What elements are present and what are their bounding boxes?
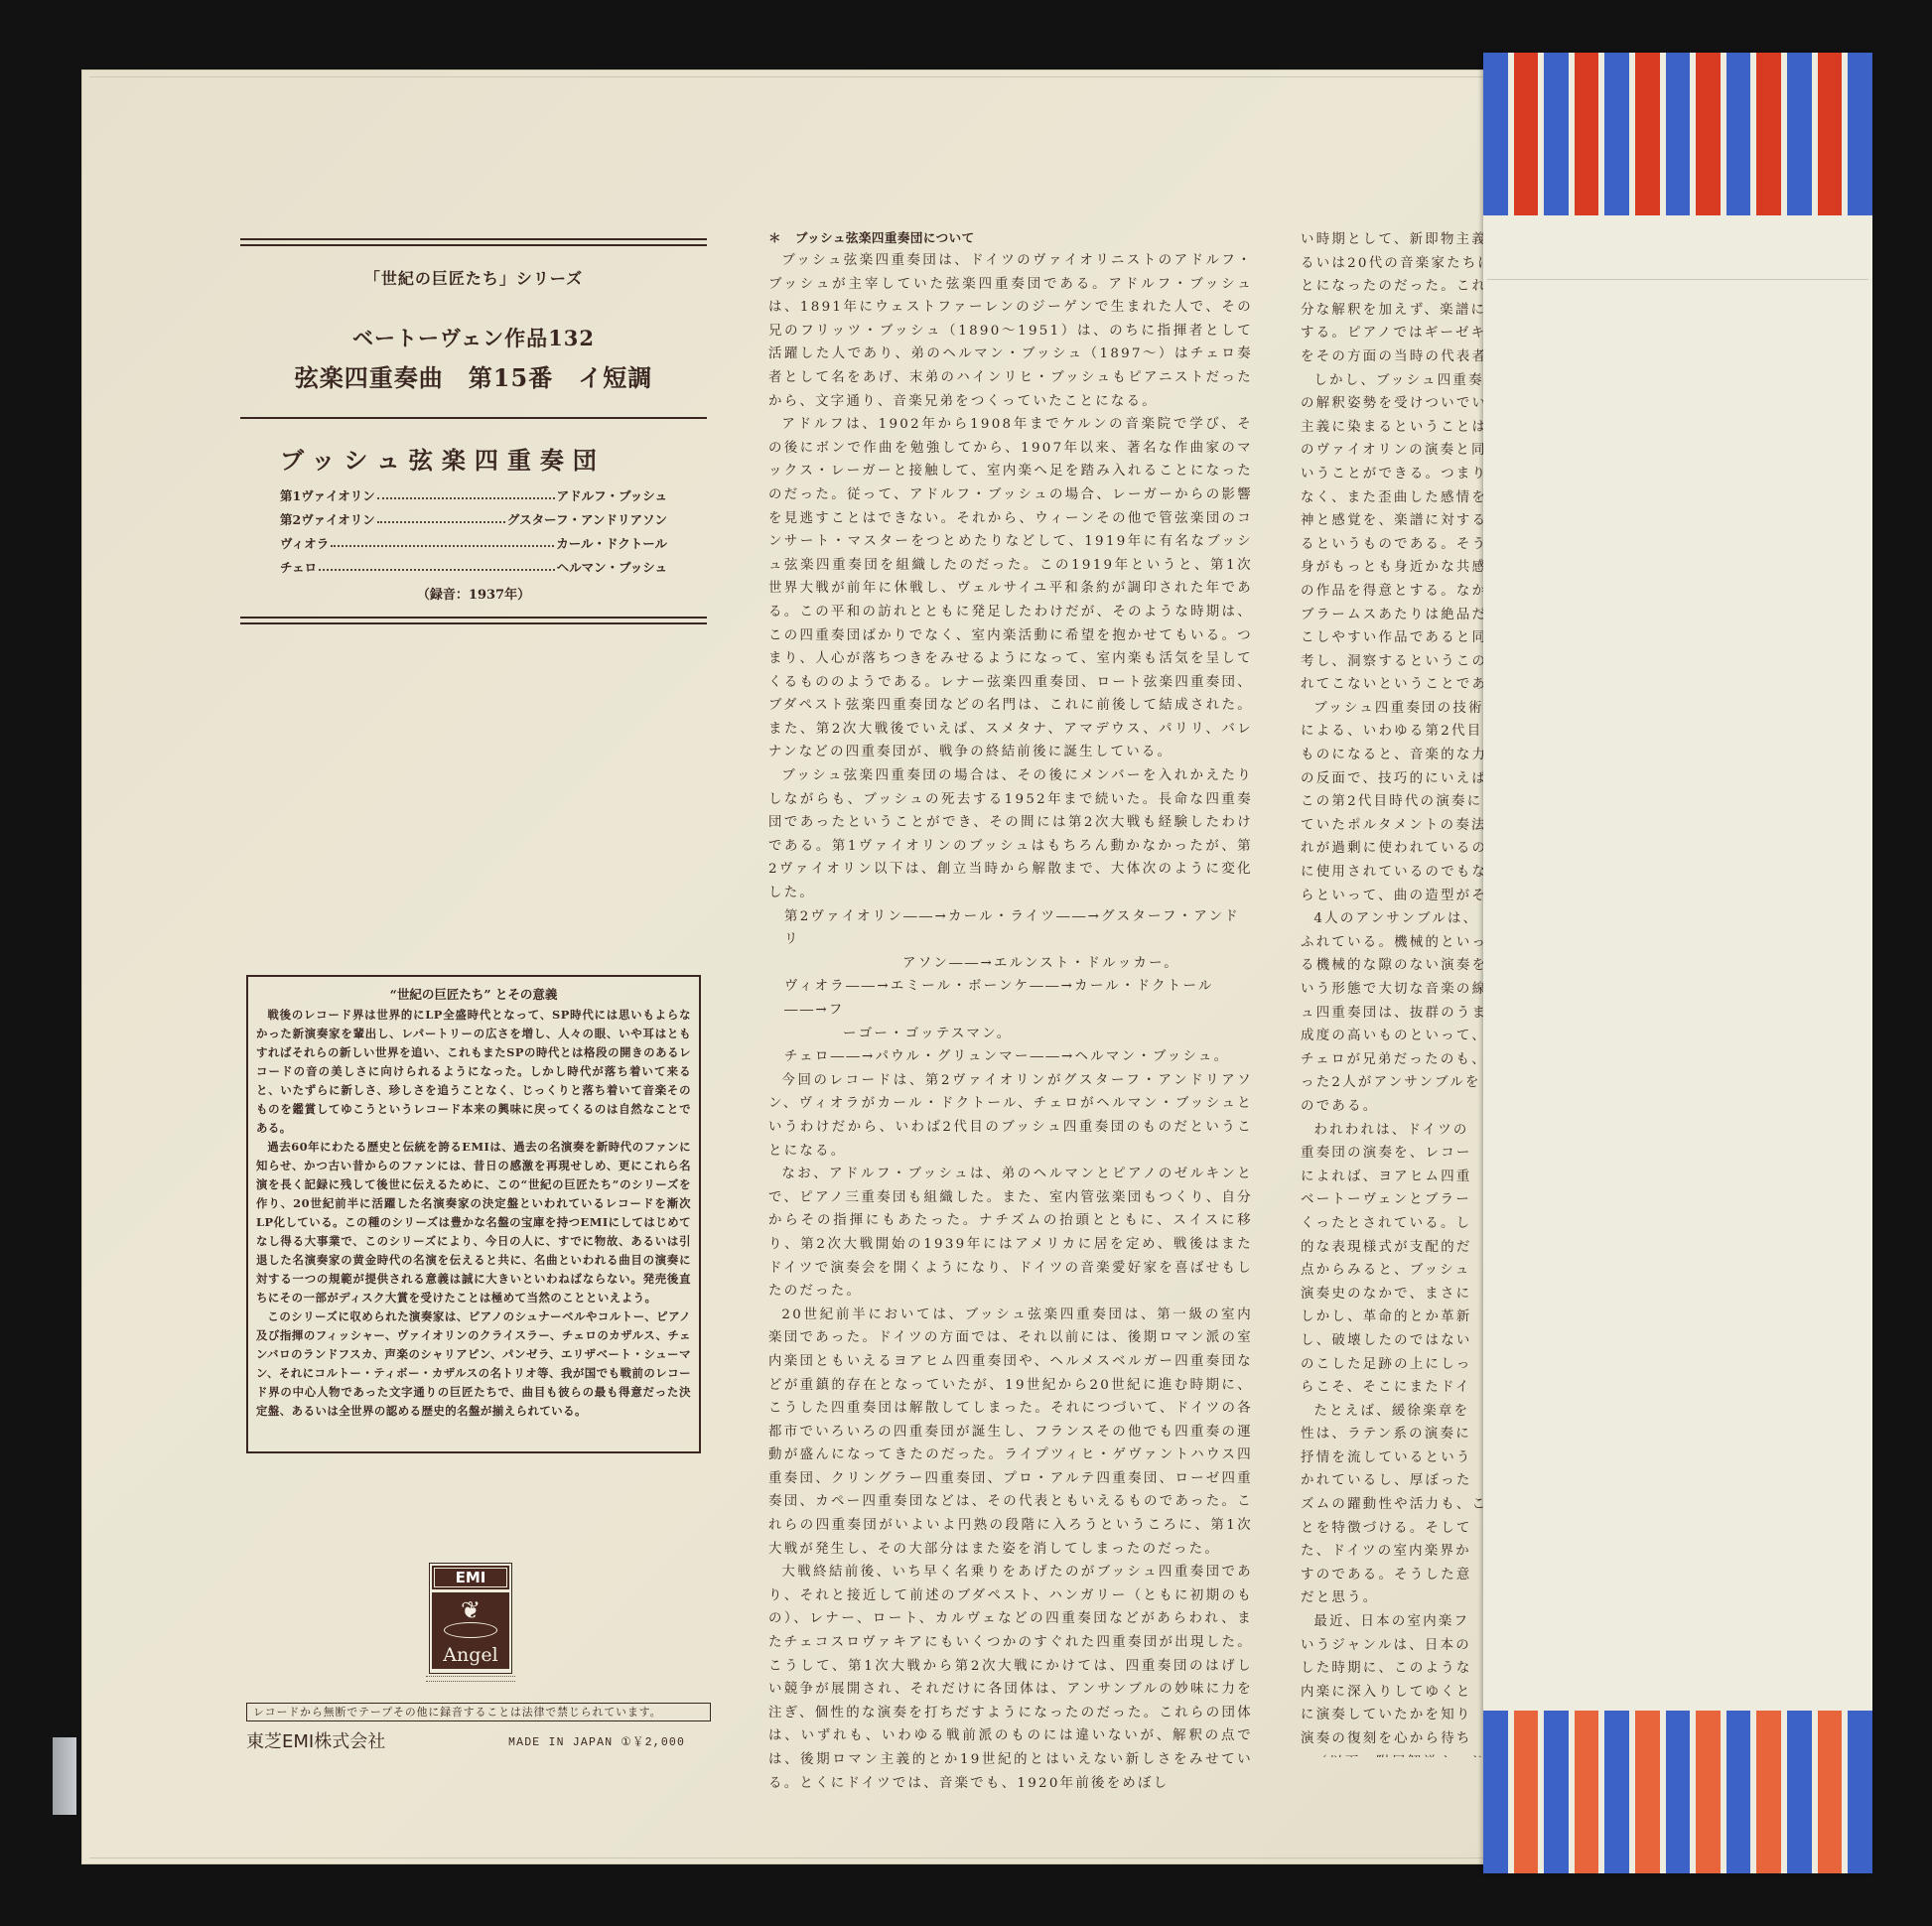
red-stripe bbox=[1514, 1711, 1539, 1873]
dot-leader bbox=[331, 535, 554, 547]
member-row: チェロヘルマン・ブッシュ bbox=[280, 559, 667, 576]
essay-paragraph: ブッシュ弦楽四重奏団の場合は、その後にメンバーを入れかえたりしながらも、ブッシュ… bbox=[768, 764, 1253, 905]
recording-year: （録音：1937年） bbox=[240, 584, 707, 603]
angel-wordmark: Angel bbox=[432, 1644, 509, 1666]
obi-strip bbox=[1483, 53, 1872, 1873]
company-name: 東芝EMI株式会社 bbox=[246, 1727, 385, 1753]
trademark-fine-print bbox=[426, 1676, 515, 1682]
credits-block: 「世紀の巨匠たち」シリーズ ベートーヴェン作品132 弦楽四重奏曲 第15番 イ… bbox=[240, 238, 707, 624]
box-paragraph: 戦後のレコード界は世界的にLP全盛時代となって、SP時代には思いもよらなかった新… bbox=[256, 1006, 691, 1138]
red-stripe bbox=[1575, 53, 1599, 215]
cherub-icon: ❦ bbox=[432, 1598, 509, 1622]
asterisk-icon: ＊ bbox=[768, 230, 781, 245]
member-change-line: チェロ――→パウル・グリュンマー――→ヘルマン・ブッシュ。 bbox=[768, 1045, 1253, 1069]
red-stripe bbox=[1635, 53, 1660, 215]
obi-stripes-top bbox=[1483, 53, 1872, 215]
member-changes: 第2ヴァイオリン――→カール・ライツ――→グスターフ・アンドリアソン――→エルン… bbox=[768, 905, 1253, 1069]
box-text: 戦後のレコード界は世界的にLP全盛時代となって、SP時代には思いもよらなかった新… bbox=[256, 1006, 691, 1421]
red-stripe bbox=[1696, 53, 1721, 215]
blue-stripe bbox=[1787, 1711, 1812, 1873]
member-role: 第2ヴァイオリン bbox=[280, 511, 375, 528]
blue-stripe bbox=[1787, 53, 1812, 215]
member-list: 第1ヴァイオリンアドルフ・ブッシュ第2ヴァイオリングスターフ・アンドリアソンヴィ… bbox=[240, 487, 707, 576]
red-stripe bbox=[1818, 53, 1843, 215]
blue-stripe bbox=[1726, 1711, 1751, 1873]
box-paragraph: このシリーズに収められた演奏家は、ピアノのシュナーベルやコルトー、ピアノ及び指揮… bbox=[256, 1307, 691, 1421]
dot-leader bbox=[319, 559, 554, 571]
member-change-line: ヴィオラ――→エミール・ボーンケ――→カール・ドクトール――→フ bbox=[768, 975, 1253, 1022]
red-stripe bbox=[1514, 53, 1539, 215]
angel-panel: ❦ Angel bbox=[432, 1592, 509, 1669]
essay-paragraph: 今回のレコードは、第2ヴァイオリンがグスターフ・アンドリアソン、ヴィオラがカール… bbox=[768, 1069, 1253, 1163]
ensemble-name: ブッシュ弦楽四重奏団 bbox=[280, 441, 707, 476]
blue-stripe bbox=[1848, 53, 1872, 215]
record-jacket-back: 「世紀の巨匠たち」シリーズ ベートーヴェン作品132 弦楽四重奏曲 第15番 イ… bbox=[81, 69, 1511, 1864]
member-row: ヴィオラカール・ドクトール bbox=[280, 535, 667, 552]
made-in-price: MADE IN JAPAN ①￥2,000 bbox=[508, 1733, 685, 1749]
essay-paragraph: なお、アドルフ・ブッシュは、弟のヘルマンとピアノのゼルキンとで、ピアノ三重奏団も… bbox=[768, 1163, 1253, 1304]
obi-fold-line bbox=[1487, 279, 1868, 280]
dot-leader bbox=[377, 487, 555, 499]
jacket-edge-bottom bbox=[89, 1857, 1511, 1858]
member-name: グスターフ・アンドリアソン bbox=[507, 511, 667, 528]
blue-stripe bbox=[1666, 53, 1691, 215]
red-stripe bbox=[1756, 1711, 1781, 1873]
blue-stripe bbox=[1544, 53, 1569, 215]
essay-paragraph: 20世紀前半においては、ブッシュ弦楽四重奏団は、第一級の室内楽団であった。ドイツ… bbox=[768, 1304, 1253, 1562]
essay-paragraph: 大戦終結前後、いち早く名乗りをあげたのがブッシュ四重奏団であり、それと接近して前… bbox=[768, 1561, 1253, 1795]
essay-paragraph: ブッシュ弦楽四重奏団は、ドイツのヴァイオリニストのアドルフ・ブッシュが主宰してい… bbox=[768, 249, 1253, 413]
red-stripe bbox=[1635, 1711, 1660, 1873]
essay-heading: ＊ブッシュ弦楽四重奏団について bbox=[768, 228, 1253, 246]
blue-stripe bbox=[1604, 53, 1629, 215]
double-rule bbox=[240, 238, 707, 246]
member-role: チェロ bbox=[280, 559, 317, 576]
member-row: 第1ヴァイオリンアドルフ・ブッシュ bbox=[280, 487, 667, 504]
member-change-cont: ーゴー・ゴッテスマン。 bbox=[768, 1023, 1253, 1046]
red-stripe bbox=[1696, 1711, 1721, 1873]
blue-stripe bbox=[1483, 53, 1508, 215]
double-rule bbox=[240, 617, 707, 624]
series-significance-box: “世紀の巨匠たち” とその意義 戦後のレコード界は世界的にLP全盛時代となって、… bbox=[246, 975, 701, 1453]
blue-stripe bbox=[1483, 1711, 1508, 1873]
blue-stripe bbox=[1544, 1711, 1569, 1873]
member-row: 第2ヴァイオリングスターフ・アンドリアソン bbox=[280, 511, 667, 528]
emi-angel-logo: EMI ❦ Angel bbox=[429, 1563, 512, 1674]
red-stripe bbox=[1818, 1711, 1843, 1873]
halo-ellipse bbox=[444, 1622, 497, 1638]
work-subtitle: 弦楽四重奏曲 第15番 イ短調 bbox=[240, 358, 707, 393]
member-role: 第1ヴァイオリン bbox=[280, 487, 375, 504]
member-role: ヴィオラ bbox=[280, 535, 329, 552]
jacket-edge-top bbox=[89, 76, 1511, 77]
member-change-line: 第2ヴァイオリン――→カール・ライツ――→グスターフ・アンドリ bbox=[768, 905, 1253, 952]
liner-notes-essay: ＊ブッシュ弦楽四重奏団について ブッシュ弦楽四重奏団は、ドイツのヴァイオリニスト… bbox=[768, 228, 1253, 1795]
red-stripe bbox=[1756, 53, 1781, 215]
series-title: 「世紀の巨匠たち」シリーズ bbox=[240, 266, 707, 289]
member-name: アドルフ・ブッシュ bbox=[557, 487, 667, 504]
emi-wordmark: EMI bbox=[432, 1566, 509, 1589]
box-paragraph: 過去60年にわたる歴史と伝統を誇るEMIは、過去の名演奏を新時代のファンに知らせ… bbox=[256, 1138, 691, 1307]
member-name: ヘルマン・ブッシュ bbox=[557, 559, 667, 576]
blue-stripe bbox=[1666, 1711, 1691, 1873]
blue-stripe bbox=[1604, 1711, 1629, 1873]
member-change-cont: アソン――→エルンスト・ドルッカー。 bbox=[768, 952, 1253, 976]
member-name: カール・ドクトール bbox=[556, 535, 667, 552]
red-stripe bbox=[1575, 1711, 1599, 1873]
essay-paragraphs-b: 今回のレコードは、第2ヴァイオリンがグスターフ・アンドリアソン、ヴィオラがカール… bbox=[768, 1069, 1253, 1795]
copy-warning: レコードから無断でテープその他に録音することは法律で禁じられています。 bbox=[246, 1703, 711, 1721]
box-title: “世紀の巨匠たち” とその意義 bbox=[256, 985, 691, 1003]
work-title: ベートーヴェン作品132 bbox=[240, 323, 707, 352]
dot-leader bbox=[377, 511, 505, 523]
rule bbox=[240, 417, 707, 419]
blue-stripe bbox=[1848, 1711, 1872, 1873]
obi-stripes-bottom bbox=[1483, 1711, 1872, 1873]
essay-paragraphs-a: ブッシュ弦楽四重奏団は、ドイツのヴァイオリニストのアドルフ・ブッシュが主宰してい… bbox=[768, 249, 1253, 905]
inner-sleeve-edge bbox=[53, 1737, 76, 1815]
essay-paragraph: アドルフは、1902年から1908年までケルンの音楽院で学び、その後にボンで作曲… bbox=[768, 413, 1253, 764]
blue-stripe bbox=[1726, 53, 1751, 215]
